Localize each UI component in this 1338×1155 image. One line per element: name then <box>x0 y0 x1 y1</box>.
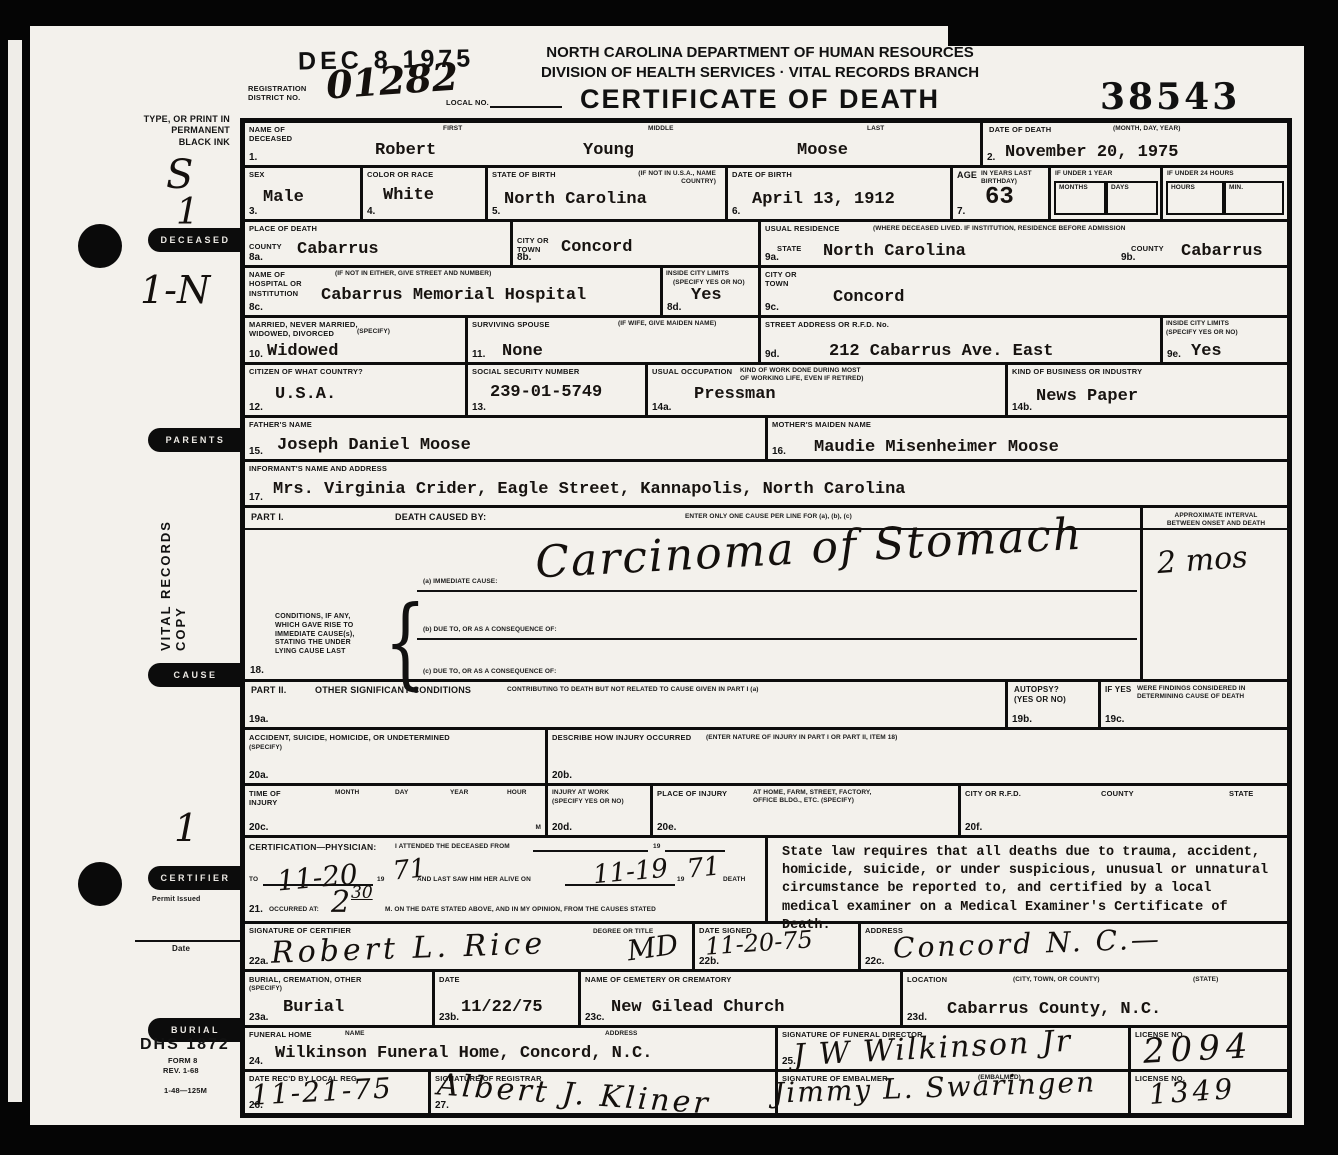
field-surviving-spouse: SURVIVING SPOUSE (IF WIFE, GIVE MAIDEN N… <box>465 318 758 362</box>
informant-num: 17. <box>249 492 263 503</box>
lastsaw-19: 19 <box>677 876 684 884</box>
res-city-label: CITY OR TOWN <box>765 270 797 289</box>
death-certificate-scan: TYPE, OR PRINT IN PERMANENT BLACK INK S … <box>0 0 1338 1155</box>
row-injury-detail: TIME OF INJURY MONTH DAY YEAR HOUR 20c. … <box>245 786 1287 838</box>
occurred-label: OCCURRED AT: <box>269 906 319 914</box>
industry-num: 14b. <box>1012 402 1032 413</box>
time-injury-label: TIME OF INJURY <box>249 789 281 808</box>
industry-label: KIND OF BUSINESS OR INDUSTRY <box>1012 367 1142 376</box>
burial-date-label: DATE <box>439 975 460 984</box>
field-industry: KIND OF BUSINESS OR INDUSTRY 14b. News P… <box>1005 365 1287 415</box>
part2-num: 19a. <box>249 714 268 725</box>
under24h-label: IF UNDER 24 HOURS <box>1167 170 1234 178</box>
res-city-num: 9c. <box>765 302 779 313</box>
city-num: 8b. <box>517 252 531 263</box>
ink-instruction: TYPE, OR PRINT IN PERMANENT BLACK INK <box>126 114 230 148</box>
field-sex: SEX 3. Male <box>245 168 360 219</box>
age-value: 63 <box>985 184 1014 211</box>
occupation-sub: KIND OF WORK DONE DURING MOST OF WORKING… <box>740 367 864 383</box>
accident-sub: (SPECIFY) <box>249 744 282 752</box>
state-law-text: State law requires that all deaths due t… <box>782 844 1276 935</box>
row-part2: PART II. OTHER SIGNIFICANT CONDITIONS CO… <box>245 682 1287 730</box>
page-edge-sliver <box>8 40 22 1102</box>
certificate-title: CERTIFICATE OF DEATH <box>480 84 1040 115</box>
county-h: COUNTY <box>1101 789 1134 798</box>
burial-label: BURIAL, CREMATION, OTHER <box>249 975 362 984</box>
describe-injury-sub: (ENTER NATURE OF INJURY IN PART I OR PAR… <box>706 734 897 742</box>
tab-parents: PARENTS <box>148 428 243 452</box>
field-burial-date: DATE 23b. 11/22/75 <box>432 972 578 1025</box>
location-label: LOCATION <box>907 975 947 984</box>
burial-sub: (SPECIFY) <box>249 985 282 993</box>
res-county-value: Cabarrus <box>1181 242 1263 261</box>
informant-value: Mrs. Virginia Crider, Eagle Street, Kann… <box>273 480 906 499</box>
place-injury-label: PLACE OF INJURY <box>657 789 727 798</box>
dept-line1: NORTH CAROLINA DEPARTMENT OF HUMAN RESOU… <box>480 44 1040 61</box>
field-race: COLOR OR RACE 4. White <box>360 168 485 219</box>
location-num: 23d. <box>907 1012 927 1023</box>
hw-certifier-degree: MD <box>625 928 680 968</box>
name-num: 1. <box>249 152 257 163</box>
field-autopsy: AUTOPSY? (YES OR NO) 19b. <box>1005 682 1098 727</box>
immediate-cause-label: (a) IMMEDIATE CAUSE: <box>423 578 497 586</box>
county-label: COUNTY <box>249 242 282 251</box>
res-county-num: 9b. <box>1121 252 1135 263</box>
field-marital-status: MARRIED, NEVER MARRIED, WIDOWED, DIVORCE… <box>245 318 465 362</box>
city-value: Concord <box>561 238 632 257</box>
death-caused-by-label: DEATH CAUSED BY: <box>395 512 486 523</box>
location-sub2: (STATE) <box>1193 976 1218 984</box>
field-funeral-home: FUNERAL HOME NAME ADDRESS 24. Wilkinson … <box>245 1028 775 1069</box>
months-label: MONTHS <box>1059 184 1088 192</box>
ssn-num: 13. <box>472 402 486 413</box>
handwritten-1: 1 <box>176 192 199 233</box>
part1-label: PART I. <box>251 512 284 523</box>
age-label: AGE <box>957 170 977 181</box>
ssn-value: 239-01-5749 <box>490 383 602 402</box>
res-state-label: STATE <box>777 244 801 253</box>
middle-name-value: Young <box>583 141 634 160</box>
field-place-of-death-county: PLACE OF DEATH COUNTY 8a. Cabarrus <box>245 222 510 265</box>
dob-label: DATE OF BIRTH <box>732 170 792 179</box>
citizen-label: CITIZEN OF WHAT COUNTRY? <box>249 367 363 376</box>
place-injury-sub: AT HOME, FARM, STREET, FACTORY, OFFICE B… <box>753 789 872 805</box>
describe-injury-label: DESCRIBE HOW INJURY OCCURRED <box>552 733 691 742</box>
icl9e-value: Yes <box>1191 342 1222 361</box>
hw-death-hour: 2 <box>331 885 350 920</box>
hw-director-license: 2094 <box>1142 1026 1254 1072</box>
month-h: MONTH <box>335 789 359 797</box>
county-num: 8a. <box>249 252 263 263</box>
sob-label: STATE OF BIRTH <box>492 170 556 179</box>
race-value: White <box>383 186 434 205</box>
autopsy-num: 19b. <box>1012 714 1032 725</box>
icl9e-sub: (SPECIFY YES OR NO) <box>1166 329 1238 337</box>
occupation-label: USUAL OCCUPATION <box>652 367 732 376</box>
attended-label: I ATTENDED THE DECEASED FROM <box>395 843 510 851</box>
street-label: STREET ADDRESS OR R.F.D. No. <box>765 320 889 329</box>
due-to-b-label: (b) DUE TO, OR AS A CONSEQUENCE OF: <box>423 626 557 634</box>
age-num: 7. <box>957 206 965 217</box>
dod-label: DATE OF DEATH <box>989 125 1051 134</box>
line-b-rule <box>417 638 1137 640</box>
day-h: DAY <box>395 789 408 797</box>
certificate-number: 38543 <box>1100 76 1240 118</box>
burial-date-num: 23b. <box>439 1012 459 1023</box>
part1-num: 18. <box>250 665 264 676</box>
min-box: MIN. <box>1224 181 1284 215</box>
punch-hole-bottom <box>78 862 122 906</box>
burial-value: Burial <box>283 998 344 1017</box>
location-value: Cabarrus County, N.C. <box>947 1000 1161 1019</box>
funeral-home-name-h: NAME <box>345 1030 365 1038</box>
min-label: MIN. <box>1229 184 1243 192</box>
race-num: 4. <box>367 206 375 217</box>
street-value: 212 Cabarrus Ave. East <box>829 342 1053 361</box>
part2-label: PART II. <box>251 685 286 696</box>
burial-num: 23a. <box>249 1012 268 1023</box>
other-conditions-sub: CONTRIBUTING TO DEATH BUT NOT RELATED TO… <box>507 686 759 694</box>
location-sub: (CITY, TOWN, OR COUNTY) <box>1013 976 1100 984</box>
residence-sub: (WHERE DECEASED LIVED. IF INSTITUTION, R… <box>873 225 1126 233</box>
injury-loc-num: 20f. <box>965 822 982 833</box>
field-findings: IF YES WERE FINDINGS CONSIDERED IN DETER… <box>1098 682 1287 727</box>
hw-last-alive-year: 71 <box>686 851 722 884</box>
marital-num: 10. <box>249 349 263 360</box>
row-funeral-home: FUNERAL HOME NAME ADDRESS 24. Wilkinson … <box>245 1028 1287 1072</box>
mother-label: MOTHER'S MAIDEN NAME <box>772 420 871 429</box>
spouse-sub: (IF WIFE, GIVE MAIDEN NAME) <box>618 320 716 328</box>
registration-district-label: REGISTRATION DISTRICT NO. <box>248 84 307 103</box>
citizen-num: 12. <box>249 402 263 413</box>
industry-value: News Paper <box>1036 387 1138 406</box>
ssn-label: SOCIAL SECURITY NUMBER <box>472 367 579 376</box>
field-time-of-injury: TIME OF INJURY MONTH DAY YEAR HOUR 20c. … <box>245 786 545 835</box>
certificate-form: NAME OF DECEASED FIRST MIDDLE LAST 1. Ro… <box>240 118 1292 1118</box>
hours-box: HOURS <box>1166 181 1224 215</box>
field-place-of-injury: PLACE OF INJURY AT HOME, FARM, STREET, F… <box>650 786 958 835</box>
days-box: DAYS <box>1106 181 1158 215</box>
county-value: Cabarrus <box>297 240 379 259</box>
field-injury-location: CITY OR R.F.D. COUNTY STATE 20f. <box>958 786 1287 835</box>
hospital-label: NAME OF HOSPITAL OR INSTITUTION <box>249 270 302 298</box>
attended-blank <box>533 850 648 852</box>
first-label: FIRST <box>443 125 462 133</box>
certification-prefix: CERTIFICATION—PHYSICIAN: <box>249 842 376 853</box>
first-name-value: Robert <box>375 141 436 160</box>
findings-sub: WERE FINDINGS CONSIDERED IN DETERMINING … <box>1137 685 1246 701</box>
dod-value: November 20, 1975 <box>1005 143 1178 162</box>
death-label: DEATH <box>723 876 745 884</box>
hw-death-minute: 30 <box>351 883 373 903</box>
dept-line2: DIVISION OF HEALTH SERVICES · VITAL RECO… <box>480 64 1040 81</box>
permit-issued-label: Permit Issued <box>152 896 201 905</box>
part1-interval-col: APPROXIMATE INTERVAL BETWEEN ONSET AND D… <box>1140 508 1287 679</box>
state-law-panel: State law requires that all deaths due t… <box>765 838 1287 921</box>
mother-num: 16. <box>772 446 786 457</box>
sob-num: 5. <box>492 206 500 217</box>
marital-label: MARRIED, NEVER MARRIED, WIDOWED, DIVORCE… <box>249 320 358 339</box>
row-hospital: NAME OF HOSPITAL OR INSTITUTION (IF NOT … <box>245 268 1287 318</box>
hw-attended-to-year: 71 <box>392 853 428 886</box>
sex-num: 3. <box>249 206 257 217</box>
race-label: COLOR OR RACE <box>367 170 433 179</box>
place-of-death-label: PLACE OF DEATH <box>249 224 317 233</box>
field-street-address: STREET ADDRESS OR R.F.D. No. 9d. 212 Cab… <box>758 318 1160 362</box>
scan-top-notch <box>948 0 1338 46</box>
res-county-label: COUNTY <box>1131 244 1164 253</box>
attended-19: 19 <box>653 843 660 851</box>
row-informant: INFORMANT'S NAME AND ADDRESS 17. Mrs. Vi… <box>245 462 1287 508</box>
burial-date-value: 11/22/75 <box>461 998 543 1017</box>
occupation-value: Pressman <box>694 385 776 404</box>
meridiem-label: M <box>535 824 541 832</box>
field-informant: INFORMANT'S NAME AND ADDRESS 17. Mrs. Vi… <box>245 462 1287 505</box>
field-inside-city-limits-9e: INSIDE CITY LIMITS (SPECIFY YES OR NO) 9… <box>1160 318 1287 362</box>
field-accident: ACCIDENT, SUICIDE, HOMICIDE, OR UNDETERM… <box>245 730 545 783</box>
field-if-under-24-hours: IF UNDER 24 HOURS HOURS MIN. <box>1160 168 1287 219</box>
row-burial: BURIAL, CREMATION, OTHER (SPECIFY) 23a. … <box>245 972 1287 1028</box>
field-age: AGE IN YEARS LAST BIRTHDAY) 7. 63 <box>950 168 1048 219</box>
injury-work-sub: (SPECIFY YES OR NO) <box>552 798 624 806</box>
months-box: MONTHS <box>1054 181 1106 215</box>
funeral-home-value: Wilkinson Funeral Home, Concord, N.C. <box>275 1044 652 1063</box>
other-conditions-label: OTHER SIGNIFICANT CONDITIONS <box>315 685 471 696</box>
due-to-c-label: (c) DUE TO, OR AS A CONSEQUENCE OF: <box>423 668 556 676</box>
name-label: NAME OF DECEASED <box>249 125 292 144</box>
last-label: LAST <box>867 125 884 133</box>
field-father: FATHER'S NAME 15. Joseph Daniel Moose <box>245 418 765 459</box>
tab-certifier: CERTIFIER <box>148 866 243 890</box>
conditions-note: CONDITIONS, IF ANY, WHICH GAVE RISE TO I… <box>275 613 355 657</box>
dod-num: 2. <box>987 152 995 163</box>
time-injury-num: 20c. <box>249 822 268 833</box>
field-injury-at-work: INJURY AT WORK (SPECIFY YES OR NO) 20d. <box>545 786 650 835</box>
punch-hole-top <box>78 224 122 268</box>
field-place-of-death-city: CITY OR TOWN 8b. Concord <box>510 222 758 265</box>
sob-value: North Carolina <box>504 190 647 209</box>
sex-label: SEX <box>249 170 265 179</box>
row-demographics: SEX 3. Male COLOR OR RACE 4. White STATE… <box>245 168 1287 222</box>
certifier-sig-num: 22a. <box>249 956 268 967</box>
place-injury-num: 20e. <box>657 822 676 833</box>
field-date-of-death: DATE OF DEATH (MONTH, DAY, YEAR) 2. Nove… <box>980 123 1287 165</box>
form-code-print: 1-48—125M <box>164 1086 207 1095</box>
city-rfd-h: CITY OR R.F.D. <box>965 789 1021 798</box>
form-code-form8: FORM 8 <box>168 1056 198 1065</box>
icl9e-num: 9e. <box>1167 349 1181 360</box>
form-code-rev: REV. 1-68 <box>163 1066 199 1075</box>
row-marital: MARRIED, NEVER MARRIED, WIDOWED, DIVORCE… <box>245 318 1287 365</box>
handwritten-1n: 1-N <box>140 268 210 312</box>
state-h: STATE <box>1229 789 1253 798</box>
cemetery-value: New Gilead Church <box>611 998 784 1017</box>
year-h: YEAR <box>450 789 468 797</box>
field-inside-city-limits-8d: INSIDE CITY LIMITS (SPECIFY YES OR NO) 8… <box>660 268 758 315</box>
accident-label: ACCIDENT, SUICIDE, HOMICIDE, OR UNDETERM… <box>249 733 450 742</box>
spouse-label: SURVIVING SPOUSE <box>472 320 550 329</box>
describe-injury-num: 20b. <box>552 770 572 781</box>
field-state-of-birth: STATE OF BIRTH (IF NOT IN U.S.A., NAME C… <box>485 168 725 219</box>
field-cemetery: NAME OF CEMETERY OR CREMATORY 23c. New G… <box>578 972 900 1025</box>
father-label: FATHER'S NAME <box>249 420 312 429</box>
field-burial-type: BURIAL, CREMATION, OTHER (SPECIFY) 23a. … <box>245 972 432 1025</box>
field-residence-city: CITY OR TOWN 9c. Concord <box>758 268 1287 315</box>
father-num: 15. <box>249 446 263 457</box>
date-margin-label: Date <box>172 944 190 954</box>
field-mother: MOTHER'S MAIDEN NAME 16. Maudie Misenhei… <box>765 418 1287 459</box>
field-name-of-deceased: NAME OF DECEASED FIRST MIDDLE LAST 1. Ro… <box>245 123 980 165</box>
dob-value: April 13, 1912 <box>752 190 895 209</box>
part2-area: PART II. OTHER SIGNIFICANT CONDITIONS CO… <box>245 682 1005 727</box>
address-num: 22c. <box>865 956 884 967</box>
sob-sub: (IF NOT IN U.S.A., NAME COUNTRY) <box>596 170 716 186</box>
cemetery-label: NAME OF CEMETERY OR CREMATORY <box>585 975 732 984</box>
vital-records-copy-label: VITAL RECORDS COPY <box>158 483 188 651</box>
occupation-num: 14a. <box>652 402 671 413</box>
tab-deceased: DECEASED <box>148 228 243 252</box>
res-state-num: 9a. <box>765 252 779 263</box>
registration-district-number: 01282 <box>325 53 460 107</box>
informant-label: INFORMANT'S NAME AND ADDRESS <box>249 464 387 473</box>
spouse-value: None <box>502 342 543 361</box>
certification-num: 21. <box>249 904 263 915</box>
field-occupation: USUAL OCCUPATION KIND OF WORK DONE DURIN… <box>645 365 1005 415</box>
tab-cause: CAUSE <box>148 663 243 687</box>
line-a-rule <box>417 590 1137 592</box>
res-state-value: North Carolina <box>823 242 966 261</box>
icl8d-num: 8d. <box>667 302 681 313</box>
row-registrar: DATE REC'D BY LOCAL REG. 26. SIGNATURE O… <box>245 1072 1287 1113</box>
lastsaw-label: AND LAST SAW HIM HER ALIVE ON <box>417 876 531 884</box>
spouse-num: 11. <box>472 349 485 360</box>
interval-header: APPROXIMATE INTERVAL BETWEEN ONSET AND D… <box>1151 512 1281 528</box>
form-code-dhs: DHS 1872 <box>140 1036 230 1054</box>
hw-embalmer-license: 1349 <box>1148 1072 1237 1111</box>
funeral-home-num: 24. <box>249 1056 263 1067</box>
under1yr-label: IF UNDER 1 YEAR <box>1055 170 1112 178</box>
middle-label: MIDDLE <box>648 125 674 133</box>
funeral-home-label: FUNERAL HOME <box>249 1030 312 1039</box>
field-cemetery-location: LOCATION (CITY, TOWN, OR COUNTY) (STATE)… <box>900 972 1287 1025</box>
findings-num: 19c. <box>1105 714 1124 725</box>
to-label: TO <box>249 876 258 884</box>
last-name-value: Moose <box>797 141 848 160</box>
res-city-value: Concord <box>833 288 904 307</box>
funeral-home-addr-h: ADDRESS <box>605 1030 637 1038</box>
row-place-residence: PLACE OF DEATH COUNTY 8a. Cabarrus CITY … <box>245 222 1287 268</box>
row-name: NAME OF DECEASED FIRST MIDDLE LAST 1. Ro… <box>245 123 1287 168</box>
residence-label: USUAL RESIDENCE <box>765 224 840 233</box>
hospital-sub: (IF NOT IN EITHER, GIVE STREET AND NUMBE… <box>335 270 491 278</box>
hospital-num: 8c. <box>249 302 263 313</box>
dob-num: 6. <box>732 206 740 217</box>
mother-value: Maudie Misenheimer Moose <box>814 438 1059 457</box>
sex-value: Male <box>263 188 304 207</box>
row-accident: ACCIDENT, SUICIDE, HOMICIDE, OR UNDETERM… <box>245 730 1287 786</box>
father-value: Joseph Daniel Moose <box>277 436 471 455</box>
icl8d-value: Yes <box>691 286 722 305</box>
interval-rule <box>1143 528 1290 530</box>
field-citizen: CITIZEN OF WHAT COUNTRY? 12. U.S.A. <box>245 365 465 415</box>
icl8d-label: INSIDE CITY LIMITS <box>666 270 729 278</box>
marital-value: Widowed <box>267 342 338 361</box>
injury-work-label: INJURY AT WORK <box>552 789 609 797</box>
street-num: 9d. <box>765 349 779 360</box>
field-describe-injury: DESCRIBE HOW INJURY OCCURRED (ENTER NATU… <box>545 730 1287 783</box>
days-label: DAYS <box>1111 184 1129 192</box>
dod-sub: (MONTH, DAY, YEAR) <box>1113 125 1181 133</box>
citizen-value: U.S.A. <box>275 385 336 404</box>
hospital-value: Cabarrus Memorial Hospital <box>321 286 586 305</box>
cemetery-num: 23c. <box>585 1012 604 1023</box>
hours-label: HOURS <box>1171 184 1195 192</box>
findings-label: IF YES <box>1105 685 1131 695</box>
occurred-rest: M. ON THE DATE STATED ABOVE, AND IN MY O… <box>385 906 755 914</box>
field-hospital: NAME OF HOSPITAL OR INSTITUTION (IF NOT … <box>245 268 660 315</box>
accident-num: 20a. <box>249 770 268 781</box>
marital-sub: (SPECIFY) <box>357 328 390 336</box>
field-if-under-1-year: IF UNDER 1 YEAR MONTHS DAYS <box>1048 168 1160 219</box>
row-citizen: CITIZEN OF WHAT COUNTRY? 12. U.S.A. SOCI… <box>245 365 1287 418</box>
autopsy-label: AUTOPSY? (YES OR NO) <box>1014 685 1066 705</box>
field-date-of-birth: DATE OF BIRTH 6. April 13, 1912 <box>725 168 950 219</box>
date-rule <box>135 940 240 942</box>
hour-h: HOUR <box>507 789 527 797</box>
handwritten-1b: 1 <box>174 806 198 850</box>
to-19: 19 <box>377 876 384 884</box>
field-ssn: SOCIAL SECURITY NUMBER 13. 239-01-5749 <box>465 365 645 415</box>
row-parents: FATHER'S NAME 15. Joseph Daniel Moose MO… <box>245 418 1287 462</box>
one-cause-sub: ENTER ONLY ONE CAUSE PER LINE FOR (a), (… <box>685 513 852 521</box>
field-usual-residence: USUAL RESIDENCE (WHERE DECEASED LIVED. I… <box>758 222 1287 265</box>
icl9e-label: INSIDE CITY LIMITS <box>1166 320 1229 328</box>
injury-work-num: 20d. <box>552 822 572 833</box>
hw-interval: 2 mos <box>1156 540 1249 581</box>
